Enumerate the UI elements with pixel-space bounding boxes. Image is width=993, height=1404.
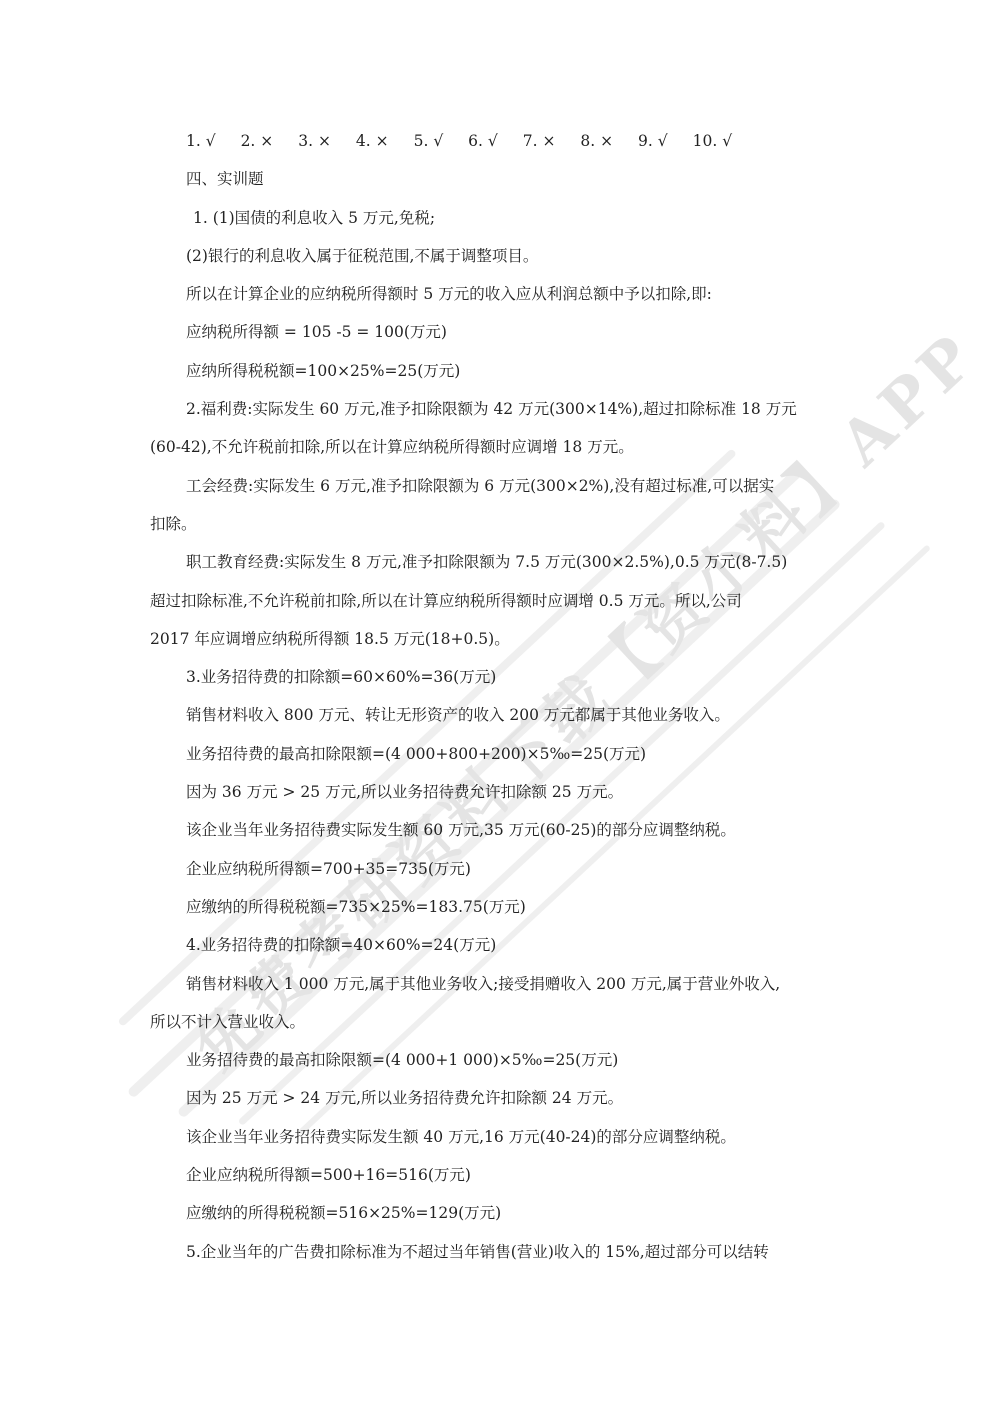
paragraph-line: (2)银行的利息收入属于征税范围,不属于调整项目。 (150, 243, 850, 281)
paragraph-line: 销售材料收入 1 000 万元,属于其他业务收入;接受捐赠收入 200 万元,属… (150, 971, 850, 1009)
paragraph-line: 工会经费:实际发生 6 万元,准予扣除限额为 6 万元(300×2%),没有超过… (150, 473, 850, 511)
paragraph-line: 应纳所得税税额=100×25%=25(万元) (150, 358, 850, 396)
paragraph-line: 2.福利费:实际发生 60 万元,准予扣除限额为 42 万元(300×14%),… (150, 396, 850, 434)
true-false-answers: 1. √ 2. × 3. × 4. × 5. √ 6. √ 7. × 8. × … (150, 128, 850, 166)
paragraph-line: 企业应纳税所得额=500+16=516(万元) (150, 1162, 850, 1200)
paragraph-line: 3.业务招待费的扣除额=60×60%=36(万元) (150, 664, 850, 702)
paragraph-line: 企业应纳税所得额=700+35=735(万元) (150, 856, 850, 894)
paragraph-line: 业务招待费的最高扣除限额=(4 000+1 000)×5‰=25(万元) (150, 1047, 850, 1085)
paragraph-line: 2017 年应调增应纳税所得额 18.5 万元(18+0.5)。 (150, 626, 850, 664)
paragraph-line: 应缴纳的所得税税额=735×25%=183.75(万元) (150, 894, 850, 932)
paragraph-line: 应缴纳的所得税税额=516×25%=129(万元) (150, 1200, 850, 1238)
answer-item: 4. × (356, 128, 389, 154)
paragraph-line: 4.业务招待费的扣除额=40×60%=24(万元) (150, 932, 850, 970)
paragraph-line: 超过扣除标准,不允许税前扣除,所以在计算应纳税所得额时应调增 0.5 万元。所以… (150, 588, 850, 626)
answer-item: 2. × (241, 128, 274, 154)
paragraph-line: 销售材料收入 800 万元、转让无形资产的收入 200 万元都属于其他业务收入。 (150, 702, 850, 740)
paragraph-line: 因为 25 万元 > 24 万元,所以业务招待费允许扣除额 24 万元。 (150, 1085, 850, 1123)
paragraph-line: 应纳税所得额 = 105 -5 = 100(万元) (150, 319, 850, 357)
paragraph-line: 职工教育经费:实际发生 8 万元,准予扣除限额为 7.5 万元(300×2.5%… (150, 549, 850, 587)
paragraph-line: 5.企业当年的广告费扣除标准为不超过当年销售(营业)收入的 15%,超过部分可以… (150, 1239, 850, 1277)
paragraph-line: 所以在计算企业的应纳税所得额时 5 万元的收入应从利润总额中予以扣除,即: (150, 281, 850, 319)
paragraph-line: 该企业当年业务招待费实际发生额 40 万元,16 万元(40-24)的部分应调整… (150, 1124, 850, 1162)
paragraph-line: 1. (1)国债的利息收入 5 万元,免税; (150, 205, 850, 243)
document-body: 1. √ 2. × 3. × 4. × 5. √ 6. √ 7. × 8. × … (150, 128, 850, 1277)
answer-item: 6. √ (468, 128, 498, 154)
section-heading: 四、实训题 (150, 166, 850, 204)
paragraph-line: 因为 36 万元 > 25 万元,所以业务招待费允许扣除额 25 万元。 (150, 779, 850, 817)
answer-item: 1. √ (186, 128, 216, 154)
answer-item: 3. × (298, 128, 331, 154)
answer-item: 8. × (580, 128, 613, 154)
paragraph-line: 所以不计入营业收入。 (150, 1009, 850, 1047)
paragraph-line: 该企业当年业务招待费实际发生额 60 万元,35 万元(60-25)的部分应调整… (150, 817, 850, 855)
document-page: 免费考研资料下载【资小料】APP 1. √ 2. × 3. × 4. × 5. … (0, 0, 993, 1404)
paragraph-line: 扣除。 (150, 511, 850, 549)
answer-item: 5. √ (414, 128, 444, 154)
answer-item: 10. √ (693, 128, 732, 154)
answer-item: 9. √ (638, 128, 668, 154)
answer-item: 7. × (523, 128, 556, 154)
paragraph-line: 业务招待费的最高扣除限额=(4 000+800+200)×5‰=25(万元) (150, 741, 850, 779)
paragraph-line: (60-42),不允许税前扣除,所以在计算应纳税所得额时应调增 18 万元。 (150, 434, 850, 472)
